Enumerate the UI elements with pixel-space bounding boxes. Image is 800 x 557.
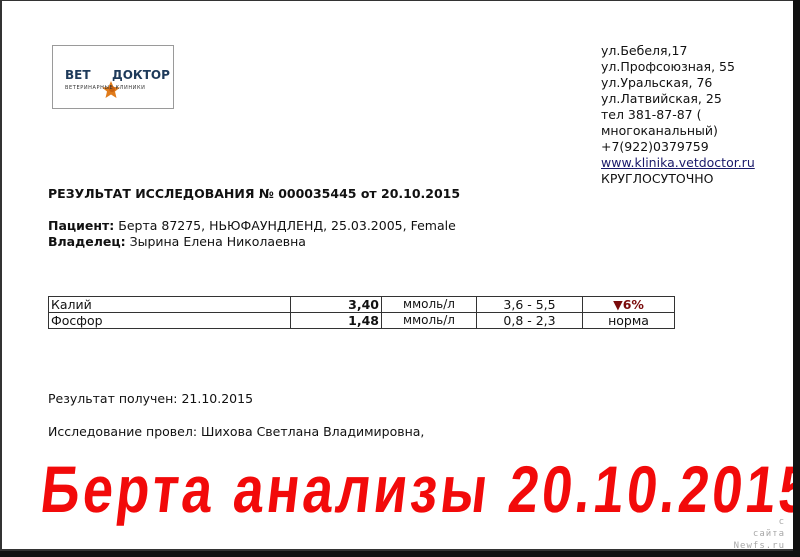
page-edge-right [793, 0, 800, 557]
page-edge-bottom [0, 551, 800, 557]
test-unit: ммоль/л [382, 297, 477, 313]
test-flag: норма [583, 313, 675, 329]
patient-label: Пациент: [48, 218, 114, 233]
clinic-logo: ВЕТ ДОКТОР ВЕТЕРИНАРНЫЕ КЛИНИКИ [52, 45, 174, 109]
document-page: ВЕТ ДОКТОР ВЕТЕРИНАРНЫЕ КЛИНИКИ ул.Бебел… [0, 0, 793, 551]
website-link[interactable]: www.klinika.vetdoctor.ru [601, 155, 755, 170]
address-line: ул.Латвийская, 25 [601, 91, 755, 107]
test-name: Фосфор [49, 313, 291, 329]
test-value: 3,40 [291, 297, 382, 313]
logo-brand-right: ДОКТОР [112, 68, 170, 82]
clinic-contacts: ул.Бебеля,17 ул.Профсоюзная, 55 ул.Ураль… [601, 43, 755, 187]
address-line: ул.Уральская, 76 [601, 75, 755, 91]
phone-line: многоканальный) [601, 123, 755, 139]
result-received-date: Результат получен: 21.10.2015 [48, 391, 253, 406]
test-value: 1,48 [291, 313, 382, 329]
results-table: Калий 3,40 ммоль/л 3,6 - 5,5 ▼6% Фосфор … [48, 296, 675, 329]
table-row: Фосфор 1,48 ммоль/л 0,8 - 2,3 норма [49, 313, 675, 329]
working-hours: КРУГЛОСУТОЧНО [601, 171, 755, 187]
phone-line: тел 381-87-87 ( [601, 107, 755, 123]
test-flag: ▼6% [583, 297, 675, 313]
test-name: Калий [49, 297, 291, 313]
logo-brand-left: ВЕТ [65, 68, 91, 82]
owner-value: Зырина Елена Николаевна [126, 234, 306, 249]
address-line: ул.Бебеля,17 [601, 43, 755, 59]
performed-by: Исследование провел: Шихова Светлана Вла… [48, 424, 424, 439]
table-row: Калий 3,40 ммоль/л 3,6 - 5,5 ▼6% [49, 297, 675, 313]
watermark-line: с [734, 516, 785, 528]
mobile-phone: +7(922)0379759 [601, 139, 755, 155]
address-line: ул.Профсоюзная, 55 [601, 59, 755, 75]
site-watermark: с сайта Newfs.ru [734, 516, 785, 552]
test-unit: ммоль/л [382, 313, 477, 329]
document-title: РЕЗУЛЬТАТ ИССЛЕДОВАНИЯ № 000035445 от 20… [48, 186, 460, 201]
overlay-caption: Берта анализы 20.10.2015 [37, 449, 800, 529]
patient-info: Пациент: Берта 87275, НЬЮФАУНДЛЕНД, 25.0… [48, 218, 456, 250]
logo-tagline: ВЕТЕРИНАРНЫЕ КЛИНИКИ [65, 85, 146, 91]
watermark-line: сайта [734, 528, 785, 540]
test-reference: 3,6 - 5,5 [477, 297, 583, 313]
patient-value: Берта 87275, НЬЮФАУНДЛЕНД, 25.03.2005, F… [114, 218, 456, 233]
owner-label: Владелец: [48, 234, 126, 249]
test-reference: 0,8 - 2,3 [477, 313, 583, 329]
